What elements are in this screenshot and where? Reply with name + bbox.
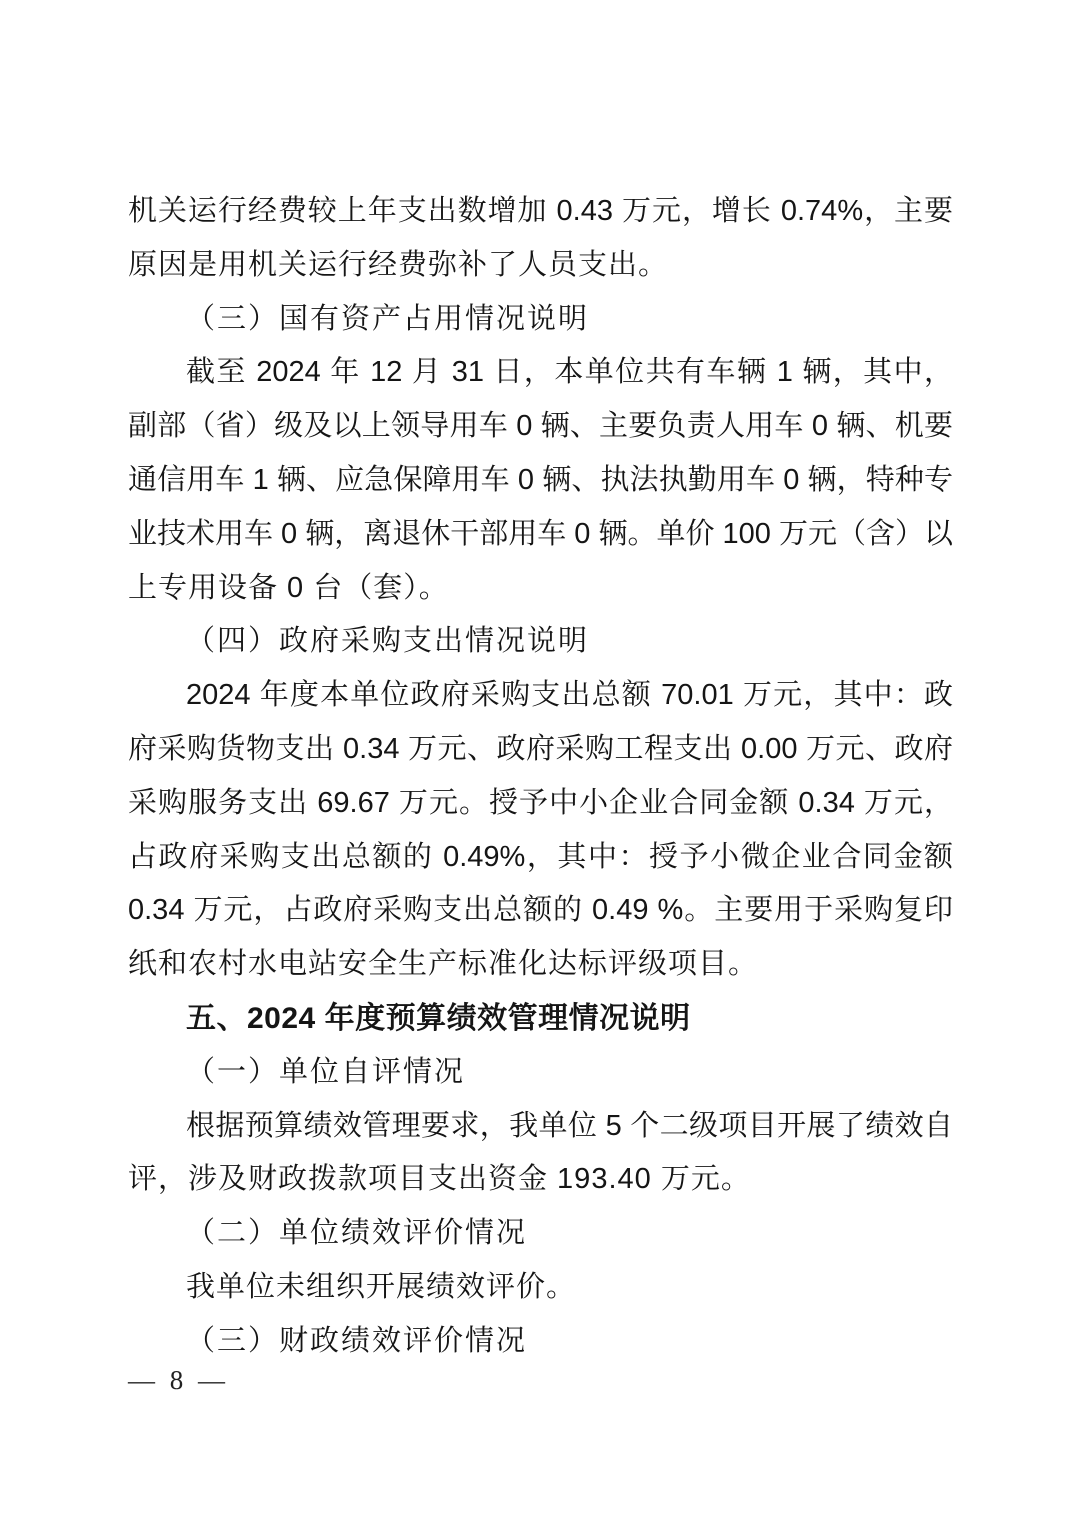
subsection-heading: （一）单位自评情况 [128, 1046, 953, 1100]
subsection-heading: （二）单位绩效评价情况 [128, 1207, 953, 1261]
paragraph-line: 纸和农村水电站安全生产标准化达标评级项目。 [128, 938, 953, 992]
paragraph-line: 副部（省）级及以上领导用车 0 辆、主要负责人用车 0 辆、机要 [128, 400, 953, 454]
paragraph-line: 上专用设备 0 台（套）。 [128, 562, 953, 616]
paragraph-line: 通信用车 1 辆、应急保障用车 0 辆、执法执勤用车 0 辆，特种专 [128, 454, 953, 508]
document-body: 机关运行经费较上年支出数增加 0.43 万元，增长 0.74%，主要 原因是用机… [128, 185, 953, 1369]
paragraph-line: 采购服务支出 69.67 万元。授予中小企业合同金额 0.34 万元， [128, 777, 953, 831]
paragraph-line: 府采购货物支出 0.34 万元、政府采购工程支出 0.00 万元、政府 [128, 723, 953, 777]
subsection-heading: （四）政府采购支出情况说明 [128, 615, 953, 669]
section-heading: 五、2024 年度预算绩效管理情况说明 [128, 992, 953, 1046]
paragraph-line: 2024 年度本单位政府采购支出总额 70.01 万元，其中：政 [128, 669, 953, 723]
page-number: — 8 — [128, 1363, 229, 1397]
paragraph-line: 机关运行经费较上年支出数增加 0.43 万元，增长 0.74%，主要 [128, 185, 953, 239]
subsection-heading: （三）国有资产占用情况说明 [128, 293, 953, 347]
paragraph-line: 评，涉及财政拨款项目支出资金 193.40 万元。 [128, 1153, 953, 1207]
paragraph-line: 截至 2024 年 12 月 31 日，本单位共有车辆 1 辆，其中， [128, 346, 953, 400]
paragraph-line: 原因是用机关运行经费弥补了人员支出。 [128, 239, 953, 293]
paragraph-line: 我单位未组织开展绩效评价。 [128, 1261, 953, 1315]
paragraph-line: 0.34 万元，占政府采购支出总额的 0.49 %。主要用于采购复印 [128, 884, 953, 938]
subsection-heading: （三）财政绩效评价情况 [128, 1315, 953, 1369]
paragraph-line: 根据预算绩效管理要求，我单位 5 个二级项目开展了绩效自 [128, 1100, 953, 1154]
paragraph-line: 业技术用车 0 辆，离退休干部用车 0 辆。单价 100 万元（含）以 [128, 508, 953, 562]
paragraph-line: 占政府采购支出总额的 0.49%，其中：授予小微企业合同金额 [128, 831, 953, 885]
document-page: 机关运行经费较上年支出数增加 0.43 万元，增长 0.74%，主要 原因是用机… [0, 0, 1075, 1520]
